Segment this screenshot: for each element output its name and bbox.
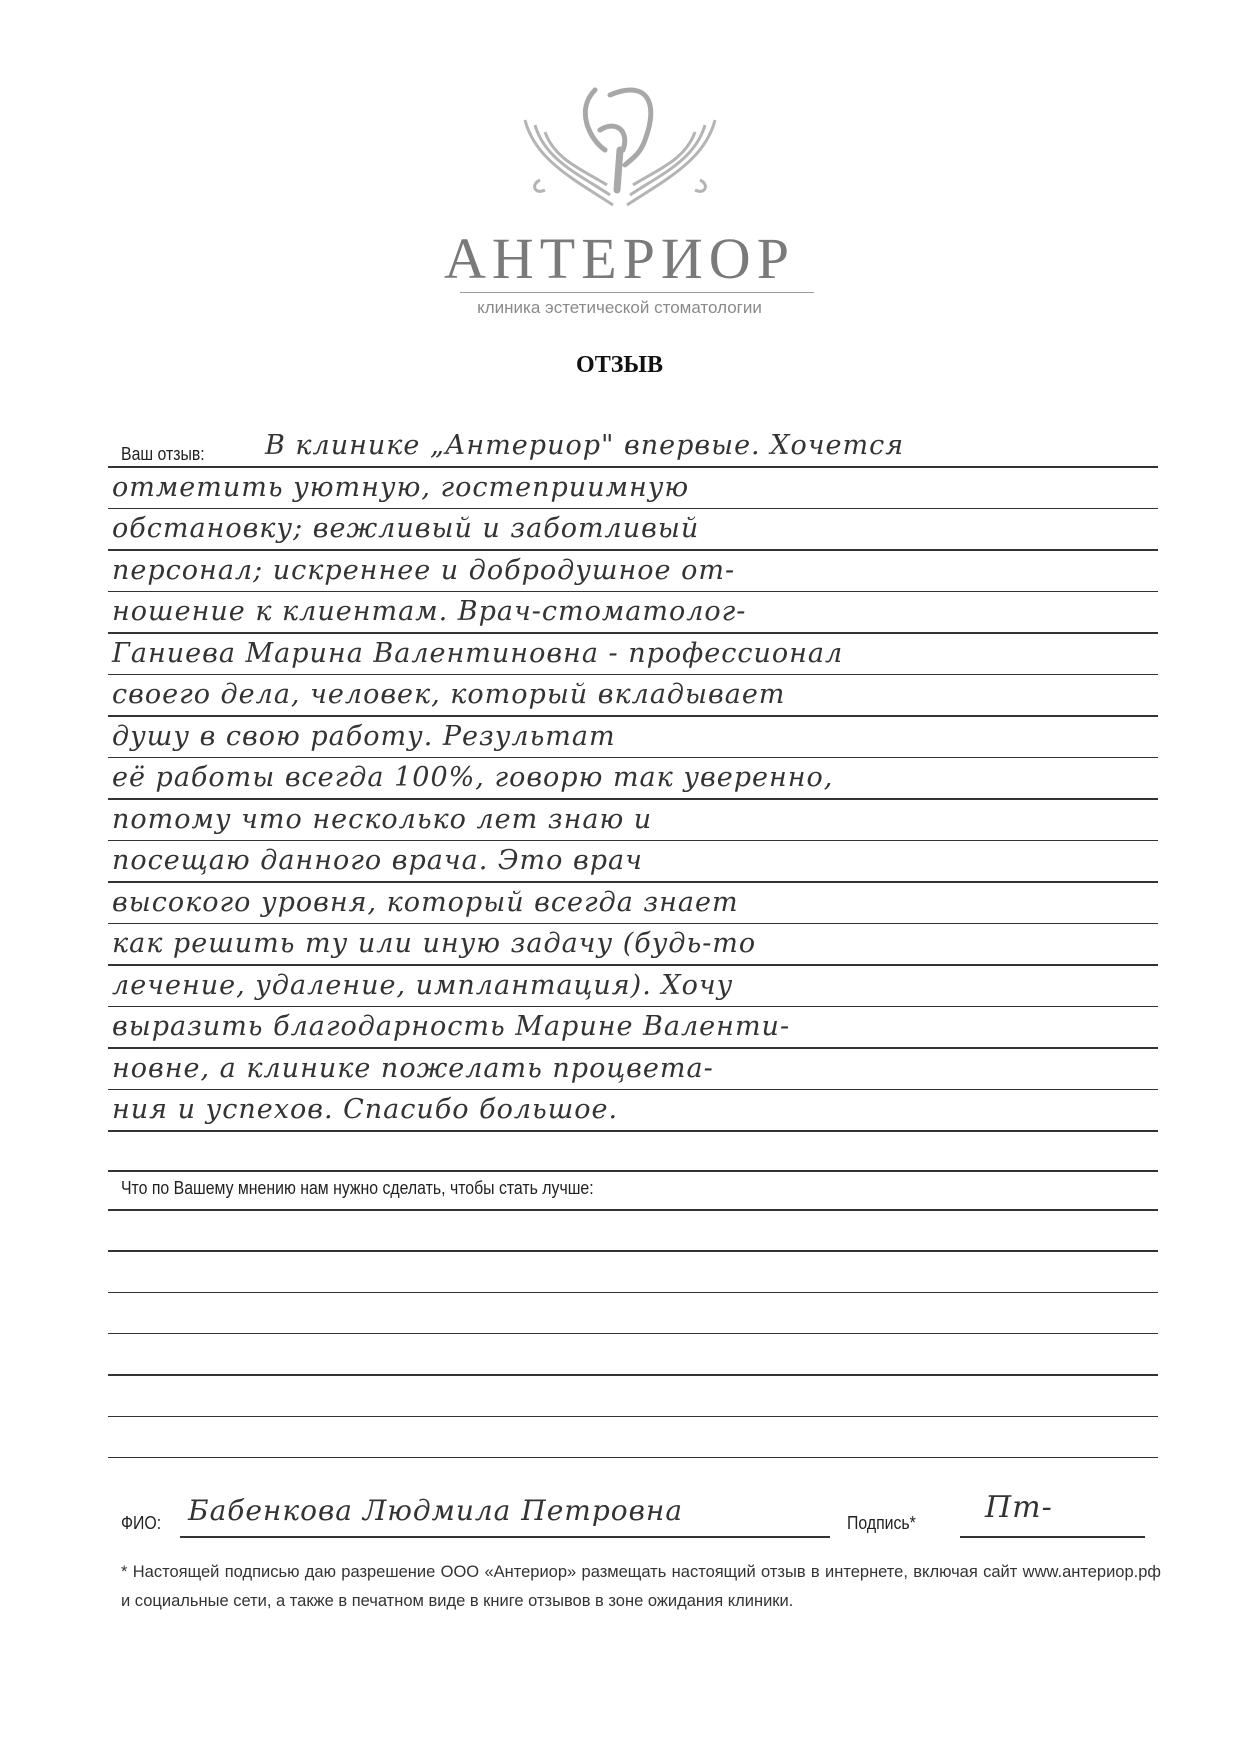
review-line-text: новне, а клинике пожелать процвета- — [112, 1053, 714, 1084]
field-line — [108, 466, 1158, 468]
name-label: ФИО: — [121, 1513, 161, 1534]
field-line — [108, 1374, 1158, 1376]
field-line — [108, 798, 1158, 800]
field-line — [108, 1170, 1158, 1172]
field-line — [108, 674, 1158, 676]
field-line — [108, 1006, 1158, 1008]
name-line — [180, 1536, 830, 1538]
field-line — [108, 1047, 1158, 1049]
review-line-text: как решить ту или иную задачу (будь-то — [112, 928, 756, 959]
field-line — [108, 1333, 1158, 1335]
review-line-text: её работы всегда 100%, говорю так уверен… — [112, 762, 833, 793]
review-line-text: В клинике „Антериор" впервые. Хочется — [265, 430, 904, 461]
signature-value[interactable]: Пт- — [985, 1490, 1053, 1525]
review-line-text: своего дела, человек, который вкладывает — [112, 679, 785, 710]
field-line — [108, 964, 1158, 966]
field-line — [108, 1250, 1158, 1252]
field-line — [108, 632, 1158, 634]
review-line-text: посещаю данного врача. Это врач — [112, 845, 643, 876]
signature-line — [960, 1536, 1145, 1538]
form-title: ОТЗЫВ — [0, 352, 1239, 379]
brand-divider — [460, 292, 814, 293]
field-line — [108, 549, 1158, 551]
field-line — [108, 1292, 1158, 1294]
review-line-text: отметить уютную, гостеприимную — [112, 472, 689, 503]
review-line-text: персонал; искреннее и добродушное от- — [112, 555, 735, 586]
review-line-text: Ганиева Марина Валентиновна - профессион… — [112, 638, 843, 669]
consent-footnote: * Настоящей подписью даю разрешение ООО … — [121, 1558, 1161, 1616]
field-line — [108, 923, 1158, 925]
signature-label: Подпись* — [847, 1513, 916, 1534]
brand-name: АНТЕРИОР — [0, 225, 1239, 292]
brand-tagline: клиника эстетической стоматологии — [0, 298, 1239, 318]
review-label: Ваш отзыв: — [121, 444, 205, 465]
field-line — [108, 1209, 1158, 1211]
review-line-text: обстановку; вежливый и заботливый — [112, 513, 699, 544]
name-value[interactable]: Бабенкова Людмила Петровна — [188, 1494, 683, 1527]
review-line-text: лечение, удаление, имплантация). Хочу — [112, 970, 733, 1001]
review-line-text: ношение к клиентам. Врач-стоматолог- — [112, 596, 746, 627]
field-line — [108, 1416, 1158, 1418]
field-line — [108, 1130, 1158, 1132]
review-line-text: ния и успехов. Спасибо большое. — [112, 1094, 618, 1125]
field-line — [108, 1457, 1158, 1459]
review-line-text: душу в свою работу. Результат — [112, 721, 616, 752]
field-line — [108, 840, 1158, 842]
review-line-text: высокого уровня, который всегда знает — [112, 887, 739, 918]
clinic-logo — [0, 70, 1239, 220]
tooth-wings-logo-icon — [495, 70, 745, 220]
field-line — [108, 757, 1158, 759]
field-line — [108, 1089, 1158, 1091]
field-line — [108, 881, 1158, 883]
field-line — [108, 715, 1158, 717]
improvement-label: Что по Вашему мнению нам нужно сделать, … — [121, 1178, 594, 1199]
review-line-text: потому что несколько лет знаю и — [112, 804, 652, 835]
review-line-text: выразить благодарность Марине Валенти- — [112, 1011, 790, 1042]
field-line — [108, 508, 1158, 510]
field-line — [108, 591, 1158, 593]
